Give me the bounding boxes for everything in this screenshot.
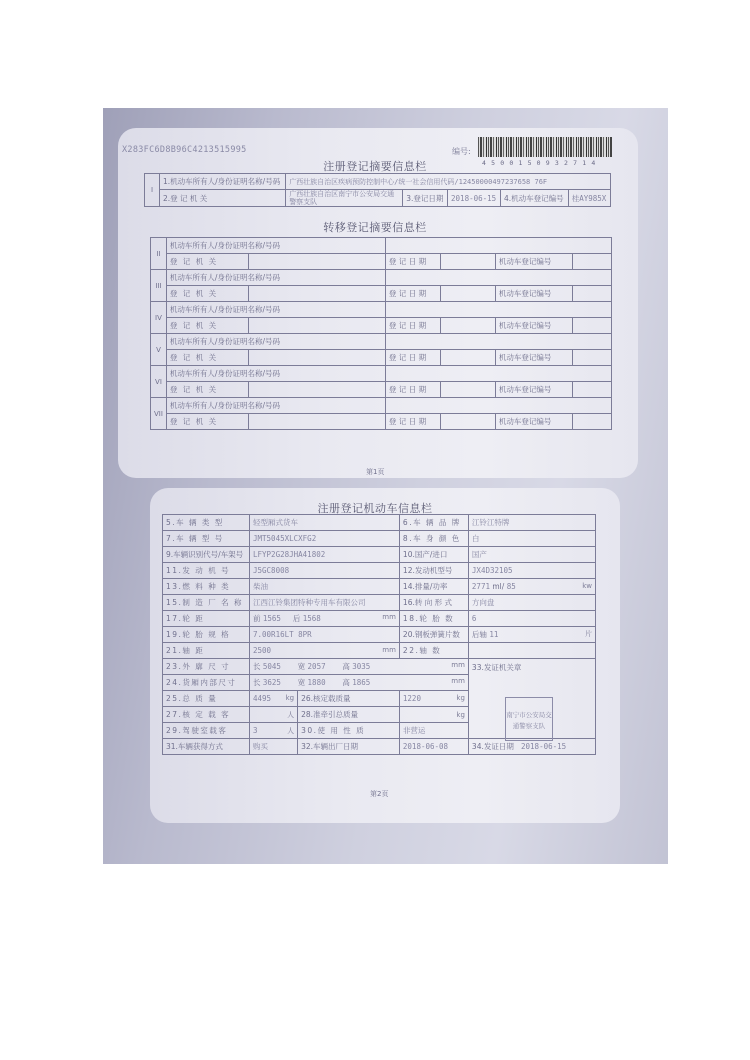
wheelbase-unit: mm (382, 646, 396, 654)
date-label: 登 记 日 期 (385, 254, 440, 270)
length-value: 3625 (263, 678, 281, 687)
transfer-row: 登 记 机 关登 记 日 期机动车登记编号 (151, 350, 612, 366)
registration-summary-title: 注册登记摘要信息栏 (0, 158, 750, 174)
height-value: 1865 (352, 678, 370, 687)
regno-value (572, 254, 611, 270)
gross-mass-cell: 4495kg (250, 691, 298, 707)
owner-value (385, 238, 611, 254)
width-value: 1880 (308, 678, 326, 687)
transfer-row: 登 记 机 关登 记 日 期机动车登记编号 (151, 286, 612, 302)
regno-value (572, 414, 611, 430)
front-track-value: 1565 (263, 614, 281, 623)
owner-value (385, 270, 611, 286)
date-value (440, 382, 495, 398)
field-label: 11.发 动 机 号 (163, 563, 250, 579)
field-label: 15.制 造 厂 名 称 (163, 595, 250, 611)
regno-label: 机动车登记编号 (495, 254, 572, 270)
cargo-dimensions-cell: 长 3625 宽 1880 高 1865 mm (250, 675, 469, 691)
transfer-row: 登 记 机 关登 记 日 期机动车登记编号 (151, 382, 612, 398)
acquisition-value: 购买 (250, 739, 298, 755)
owner-label: 机动车所有人/身份证明名称/号码 (166, 366, 385, 382)
row-index: V (151, 334, 167, 366)
transfer-row: II机动车所有人/身份证明名称/号码 (151, 238, 612, 254)
transfer-summary-title: 转移登记摘要信息栏 (0, 219, 750, 235)
authority-value (248, 382, 385, 398)
tire-spec-value: 7.00R16LT 8PR (250, 627, 400, 643)
date-label: 登 记 日 期 (385, 414, 440, 430)
field-label: 31.车辆获得方式 (163, 739, 250, 755)
authority-value (248, 350, 385, 366)
transfer-row: 登 记 机 关登 记 日 期机动车登记编号 (151, 318, 612, 334)
field-label: 13.燃 料 种 类 (163, 579, 250, 595)
authority-value (248, 286, 385, 302)
usage-value: 非营运 (399, 723, 468, 739)
owner-label: 1.机动车所有人/身份证明名称/号码 (160, 174, 286, 190)
date-label: 3.登记日期 (403, 190, 448, 207)
width-value: 2057 (308, 662, 326, 671)
date-value: 2018-06-15 (448, 190, 501, 207)
displacement-unit: ml/ (492, 582, 504, 591)
field-label: 29.驾驶室载客 (163, 723, 250, 739)
vin-value: LFYP2G28JHA41802 (250, 547, 400, 563)
field-label: 12.发动机型号 (399, 563, 468, 579)
front-label: 前 (253, 614, 261, 623)
transfer-row: VII机动车所有人/身份证明名称/号码 (151, 398, 612, 414)
field-label: 9.车辆识别代号/车架号 (163, 547, 250, 563)
displacement-value: 2771 (472, 582, 490, 591)
field-label: 30.使 用 性 质 (298, 723, 400, 739)
rated-load-value: 1220 (403, 694, 421, 703)
rated-load-cell: 1220kg (399, 691, 468, 707)
row-index: IV (151, 302, 167, 334)
vehicle-model-value: JMT5045XLCXFG2 (250, 531, 400, 547)
field-label: 14.排量/功率 (399, 579, 468, 595)
authority-value (248, 254, 385, 270)
date-value (440, 318, 495, 334)
owner-label: 机动车所有人/身份证明名称/号码 (166, 302, 385, 318)
leaf-spring-cell: 后轴 11 片 (468, 627, 595, 643)
rear-track-value: 1568 (303, 614, 321, 623)
width-label: 宽 (298, 678, 306, 687)
bianhao-label: 编号: (452, 146, 471, 157)
registration-summary-table: I 1.机动车所有人/身份证明名称/号码 广西壮族自治区疾病预防控制中心/统一社… (144, 173, 611, 207)
transfer-summary-table: II机动车所有人/身份证明名称/号码登 记 机 关登 记 日 期机动车登记编号I… (150, 237, 612, 430)
row-index: III (151, 270, 167, 302)
tire-count-value: 6 (468, 611, 595, 627)
authority-label: 登 记 机 关 (166, 286, 248, 302)
owner-label: 机动车所有人/身份证明名称/号码 (166, 334, 385, 350)
field-label: 5.车 辆 类 型 (163, 515, 250, 531)
field-label: 6.车 辆 品 牌 (399, 515, 468, 531)
vehicle-type-value: 轻型厢式货车 (250, 515, 400, 531)
field-label: 21.轴 距 (163, 643, 250, 659)
page-number-2: 第2页 (370, 789, 388, 799)
field-label: 25.总 质 量 (163, 691, 250, 707)
regno-label: 机动车登记编号 (495, 414, 572, 430)
length-value: 5045 (263, 662, 281, 671)
field-label: 7.车 辆 型 号 (163, 531, 250, 547)
power-unit: kw (582, 582, 592, 590)
dimension-unit: mm (451, 661, 465, 669)
field-label: 32.车辆出厂日期 (298, 739, 400, 755)
transfer-row: IV机动车所有人/身份证明名称/号码 (151, 302, 612, 318)
field-label: 24.货厢内部尺寸 (163, 675, 250, 691)
leaf-spring-unit: 片 (585, 629, 592, 639)
manufacturer-value: 江西江铃集团特种专用车有限公司 (250, 595, 400, 611)
regno-value: 桂AY985X (568, 190, 610, 207)
date-value (440, 414, 495, 430)
authority-label: 2.登 记 机 关 (160, 190, 286, 207)
issue-date-value: 2018-06-15 (521, 742, 566, 751)
regno-label: 机动车登记编号 (495, 286, 572, 302)
regno-label: 机动车登记编号 (495, 318, 572, 334)
regno-label: 机动车登记编号 (495, 382, 572, 398)
length-label: 长 (253, 662, 261, 671)
regno-value (572, 286, 611, 302)
traction-mass-cell: kg (399, 707, 468, 723)
date-value (440, 286, 495, 302)
wheelbase-value: 2500 (253, 646, 271, 655)
regno-label: 机动车登记编号 (495, 350, 572, 366)
owner-label: 机动车所有人/身份证明名称/号码 (166, 270, 385, 286)
mass-unit: kg (286, 694, 295, 702)
displacement-power-cell: 2771 ml/ 85 kw (468, 579, 595, 595)
height-label: 高 (342, 678, 350, 687)
authority-value (248, 414, 385, 430)
owner-value (385, 302, 611, 318)
field-label: 18.轮 胎 数 (399, 611, 468, 627)
factory-date-value: 2018-06-08 (399, 739, 468, 755)
body-color-value: 白 (468, 531, 595, 547)
official-seal-stamp: 南宁市公安局交通警察支队 (505, 697, 553, 741)
row-index: I (145, 174, 160, 207)
cab-passengers-cell: 3人 (250, 723, 298, 739)
mass-unit: kg (456, 711, 465, 719)
owner-label: 机动车所有人/身份证明名称/号码 (166, 238, 385, 254)
field-label: 23.外 廓 尺 寸 (163, 659, 250, 675)
regno-value (572, 318, 611, 334)
field-label: 16.转 向 形 式 (399, 595, 468, 611)
field-label: 19.轮 胎 规 格 (163, 627, 250, 643)
regno-value (572, 350, 611, 366)
length-label: 长 (253, 678, 261, 687)
engine-model-value: JX4D32105 (468, 563, 595, 579)
serial-number: X283FC6D8B96C4213515995 (122, 145, 247, 155)
row-index: VI (151, 366, 167, 398)
mass-unit: kg (456, 694, 465, 702)
gross-mass-value: 4495 (253, 694, 271, 703)
authority-value (248, 318, 385, 334)
authority-label: 登 记 机 关 (166, 318, 248, 334)
authority-value: 广西壮族自治区南宁市公安局交通警察支队 (286, 190, 403, 207)
person-unit: 人 (287, 726, 294, 736)
owner-value (385, 398, 611, 414)
transfer-row: 登 记 机 关登 记 日 期机动车登记编号 (151, 254, 612, 270)
outer-dimensions-cell: 长 5045 宽 2057 高 3035 mm (250, 659, 469, 675)
authority-label: 登 记 机 关 (166, 414, 248, 430)
width-label: 宽 (298, 662, 306, 671)
wheelbase-cell: 2500 mm (250, 643, 400, 659)
field-label: 27.核 定 载 客 (163, 707, 250, 723)
fuel-type-value: 柴油 (250, 579, 400, 595)
authority-label: 登 记 机 关 (166, 350, 248, 366)
dimension-unit: mm (451, 677, 465, 685)
person-unit: 人 (287, 710, 294, 720)
date-value (440, 350, 495, 366)
owner-value (385, 366, 611, 382)
owner-value (385, 334, 611, 350)
height-label: 高 (342, 662, 350, 671)
field-label: 26.核定载质量 (298, 691, 400, 707)
leaf-spring-value: 11 (489, 630, 498, 639)
cab-passengers-value: 3 (253, 726, 258, 735)
rear-axle-label: 后轴 (472, 630, 487, 639)
field-label: 20.钢板弹簧片数 (399, 627, 468, 643)
issuing-authority-label: 33.发证机关章 (472, 663, 521, 672)
page-number-1: 第1页 (366, 467, 384, 477)
issue-date-label: 34.发证日期 (472, 742, 514, 751)
transfer-row: VI机动车所有人/身份证明名称/号码 (151, 366, 612, 382)
vehicle-brand-value: 江铃江特牌 (468, 515, 595, 531)
date-label: 登 记 日 期 (385, 350, 440, 366)
regno-label: 4.机动车登记编号 (501, 190, 569, 207)
field-label: 22.轴 数 (399, 643, 468, 659)
steering-value: 方向盘 (468, 595, 595, 611)
authority-label: 登 记 机 关 (166, 254, 248, 270)
rear-label: 后 (293, 614, 301, 623)
rated-passengers-cell: 人 (250, 707, 298, 723)
height-value: 3035 (352, 662, 370, 671)
origin-value: 国产 (468, 547, 595, 563)
transfer-row: 登 记 机 关登 记 日 期机动车登记编号 (151, 414, 612, 430)
date-value (440, 254, 495, 270)
date-label: 登 记 日 期 (385, 318, 440, 334)
field-label: 8.车 身 颜 色 (399, 531, 468, 547)
authority-label: 登 记 机 关 (166, 382, 248, 398)
date-label: 登 记 日 期 (385, 286, 440, 302)
field-label: 28.准牵引总质量 (298, 707, 400, 723)
field-label: 17.轮 距 (163, 611, 250, 627)
owner-value: 广西壮族自治区疾病预防控制中心/统一社会信用代码/124500004972376… (286, 174, 611, 190)
barcode-icon (478, 137, 612, 157)
power-value: 85 (507, 582, 516, 591)
row-index: VII (151, 398, 167, 430)
date-label: 登 记 日 期 (385, 382, 440, 398)
row-index: II (151, 238, 167, 270)
track-unit: mm (382, 613, 396, 621)
transfer-row: V机动车所有人/身份证明名称/号码 (151, 334, 612, 350)
transfer-row: III机动车所有人/身份证明名称/号码 (151, 270, 612, 286)
owner-label: 机动车所有人/身份证明名称/号码 (166, 398, 385, 414)
regno-value (572, 382, 611, 398)
field-label: 10.国产/进口 (399, 547, 468, 563)
track-cell: 前 1565 后 1568 mm (250, 611, 400, 627)
axle-count-value (468, 643, 595, 659)
engine-number-value: J5GC8008 (250, 563, 400, 579)
